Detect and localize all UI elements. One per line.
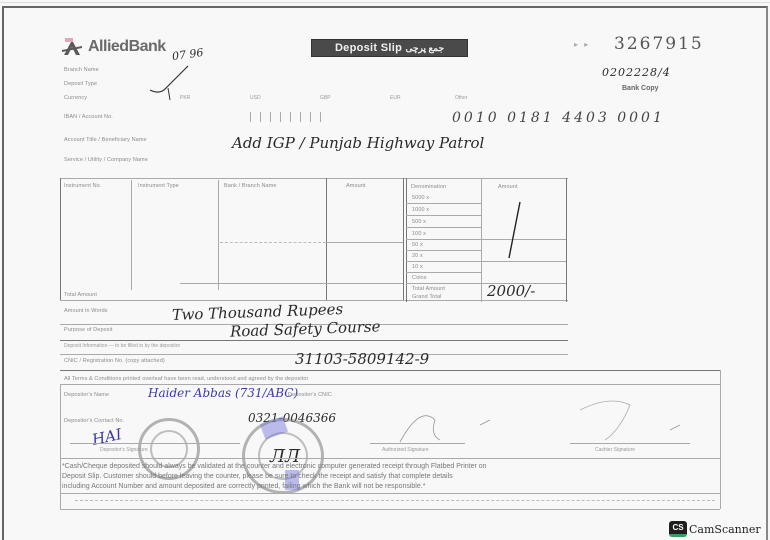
denom-row: 10 x [412, 264, 423, 270]
depositor-phone-label: Depositor's Contact No. [64, 418, 124, 424]
bank-logo: AlliedBank [62, 38, 166, 56]
account-number-label: IBAN / Account No. [64, 114, 113, 120]
depositor-name-label: Depositor's Name [64, 392, 109, 398]
denom-row: 20 x [412, 253, 423, 259]
denom-row: 500 x [412, 219, 426, 225]
cheque-col-instrument-type: Instrument Type [138, 183, 179, 189]
camscanner-label: CamScanner [689, 523, 761, 536]
currency-option: USD [250, 95, 261, 101]
depositor-instruction: Deposit Information — to be filled in by… [64, 343, 180, 349]
denom-row: 5000 x [412, 195, 429, 201]
footer-note-line3: including Account Number and amount depo… [62, 482, 722, 492]
cheque-col-amount: Amount [346, 183, 366, 189]
serial-number: 3267915 [614, 34, 704, 54]
declaration-text: All Terms & Conditions printed overleaf … [64, 376, 308, 382]
slip-title-urdu: جمع پرچی [405, 43, 444, 54]
depositor-signature-label: Depositor's Signature [100, 447, 148, 453]
cnic-value: 31103-5809142-9 [295, 350, 429, 368]
camscanner-watermark: CS CamScanner [669, 521, 761, 537]
authorized-signature-label: Authorized Signature [382, 447, 429, 453]
iban-boxes [250, 112, 321, 122]
account-number-value: 0010 0181 4403 0001 [452, 110, 665, 126]
camscanner-logo-icon: CS [669, 521, 687, 537]
account-title-label: Account Title / Beneficiary Name [64, 137, 147, 143]
denom-strike-line [505, 200, 525, 260]
slip-title-english: Deposit Slip [335, 42, 402, 54]
bank-name: AlliedBank [88, 38, 166, 56]
branch-name-label: Branch Name [64, 67, 99, 73]
currency-option: EUR [390, 95, 401, 101]
cashier-signature-label: Cashier Signature [595, 447, 635, 453]
service-label: Service / Utility / Company Name [64, 157, 148, 163]
denom-amount-header: Amount [498, 184, 518, 190]
currency-option: GBP [320, 95, 331, 101]
slip-title: Deposit Slip جمع پرچی [311, 39, 468, 57]
denom-row: 50 x [412, 242, 423, 248]
currency-option: PKR [180, 95, 190, 101]
cnic-label: CNIC / Registration No. (copy attached) [64, 358, 165, 364]
cheque-col-bank-branch: Bank / Branch Name [224, 183, 277, 189]
denom-row: Coins [412, 275, 427, 281]
cheque-col-instrument-no: Instrument No. [64, 183, 101, 189]
cheque-total-label: Total Amount [64, 292, 97, 298]
denom-row: 1000 x [412, 207, 429, 213]
deposit-type-label: Deposit Type [64, 81, 97, 87]
allied-bank-logo-icon [62, 38, 84, 56]
footer-note-line1: *Cash/Cheque deposited should always be … [62, 462, 722, 472]
denom-header: Denomination [411, 184, 446, 190]
purpose-label: Purpose of Deposit [64, 327, 113, 333]
scan-top-edge [0, 2, 770, 3]
copy-label: Bank Copy [622, 85, 659, 92]
reference-handwritten: 0202228/4 [602, 66, 671, 79]
account-title-value: Add IGP / Punjab Highway Patrol [232, 134, 484, 152]
signature-scribbles [380, 400, 710, 445]
denom-row: 100 x [412, 231, 426, 237]
footer-note-line2: Deposit Slip. Customer should before lea… [62, 472, 722, 482]
serial-arrow-icon: ▸ ▸ [574, 40, 590, 49]
amount-words-label: Amount in Words [64, 308, 108, 314]
denom-total-label: Total Amount [412, 286, 445, 292]
currency-label: Currency [64, 95, 87, 101]
currency-option: Other [455, 95, 468, 101]
denom-grand-total-label: Grand Total [412, 294, 441, 300]
depositor-name-value: Haider Abbas (731/ABC) [148, 386, 298, 400]
depositor-cnic-label: Depositor's CNIC [288, 392, 332, 398]
denom-amount-value: 2000/- [487, 282, 535, 300]
